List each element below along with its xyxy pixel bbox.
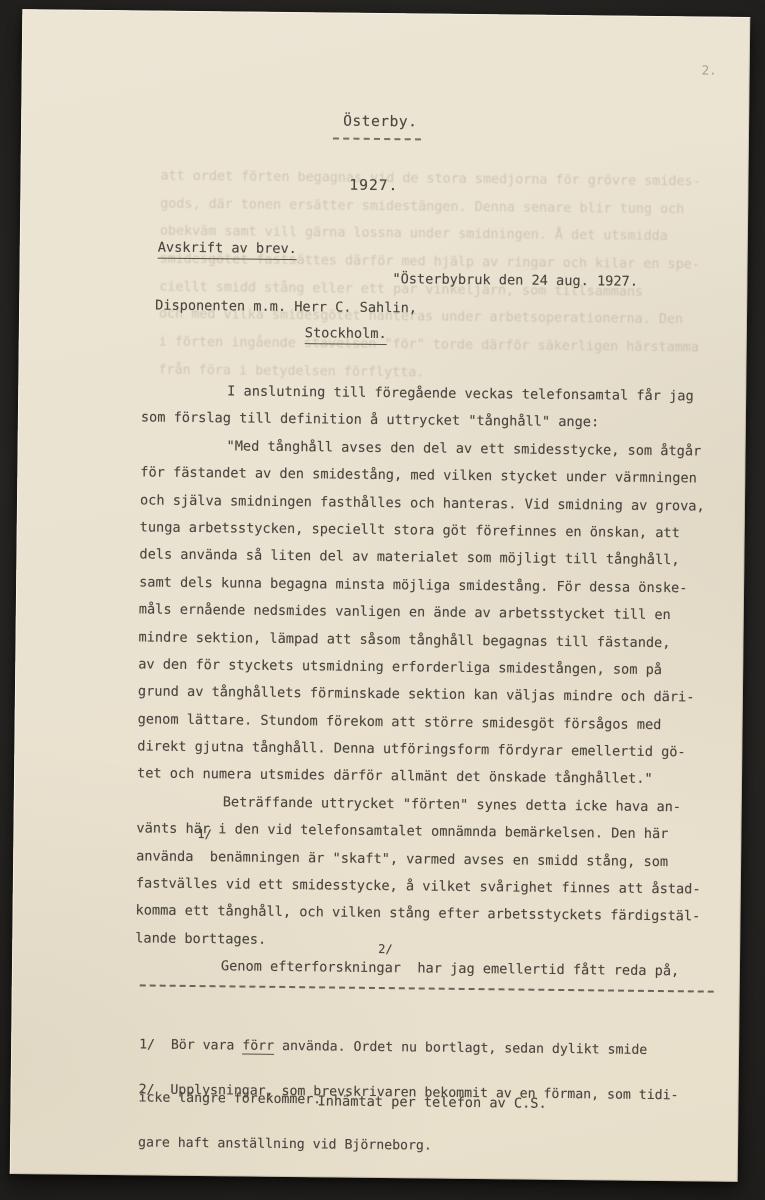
footnote-marker-2: 2/ bbox=[378, 942, 393, 956]
letter-year: 1927. bbox=[349, 177, 398, 195]
body-line: Genom efterforskningar har jag emellerti… bbox=[135, 953, 700, 986]
recipient-name: Disponenten m.m. Herr C. Sahlin, bbox=[155, 298, 417, 317]
title-underline-rule bbox=[333, 137, 421, 140]
signoff: Inhämtat per telefon av C.S. bbox=[317, 1093, 546, 1111]
footnote-2-line-2: gare haft anställning vid Björneborg. bbox=[138, 1134, 678, 1157]
footnote-separator-rule bbox=[140, 984, 714, 992]
faint-page-number: 2. bbox=[702, 62, 717, 77]
letter-body: I anslutning till föregående veckas tele… bbox=[135, 377, 706, 986]
letter-page: 2. att ordet förten begagnas vid de stor… bbox=[10, 9, 751, 1182]
scan-background: 2. att ordet förten begagnas vid de stor… bbox=[0, 0, 765, 1200]
recipient-city: Stockholm. bbox=[305, 325, 387, 345]
letter-title: Österby. bbox=[343, 113, 417, 131]
dateline: "Österbybruk den 24 aug. 1927. bbox=[392, 271, 638, 290]
footnote-2: 2/ Upplysningar, som brevskrivaren bekom… bbox=[138, 1046, 679, 1192]
footnote-marker-1: 1/ bbox=[197, 827, 212, 841]
transcript-label: Avskrift av brev. bbox=[158, 240, 297, 261]
